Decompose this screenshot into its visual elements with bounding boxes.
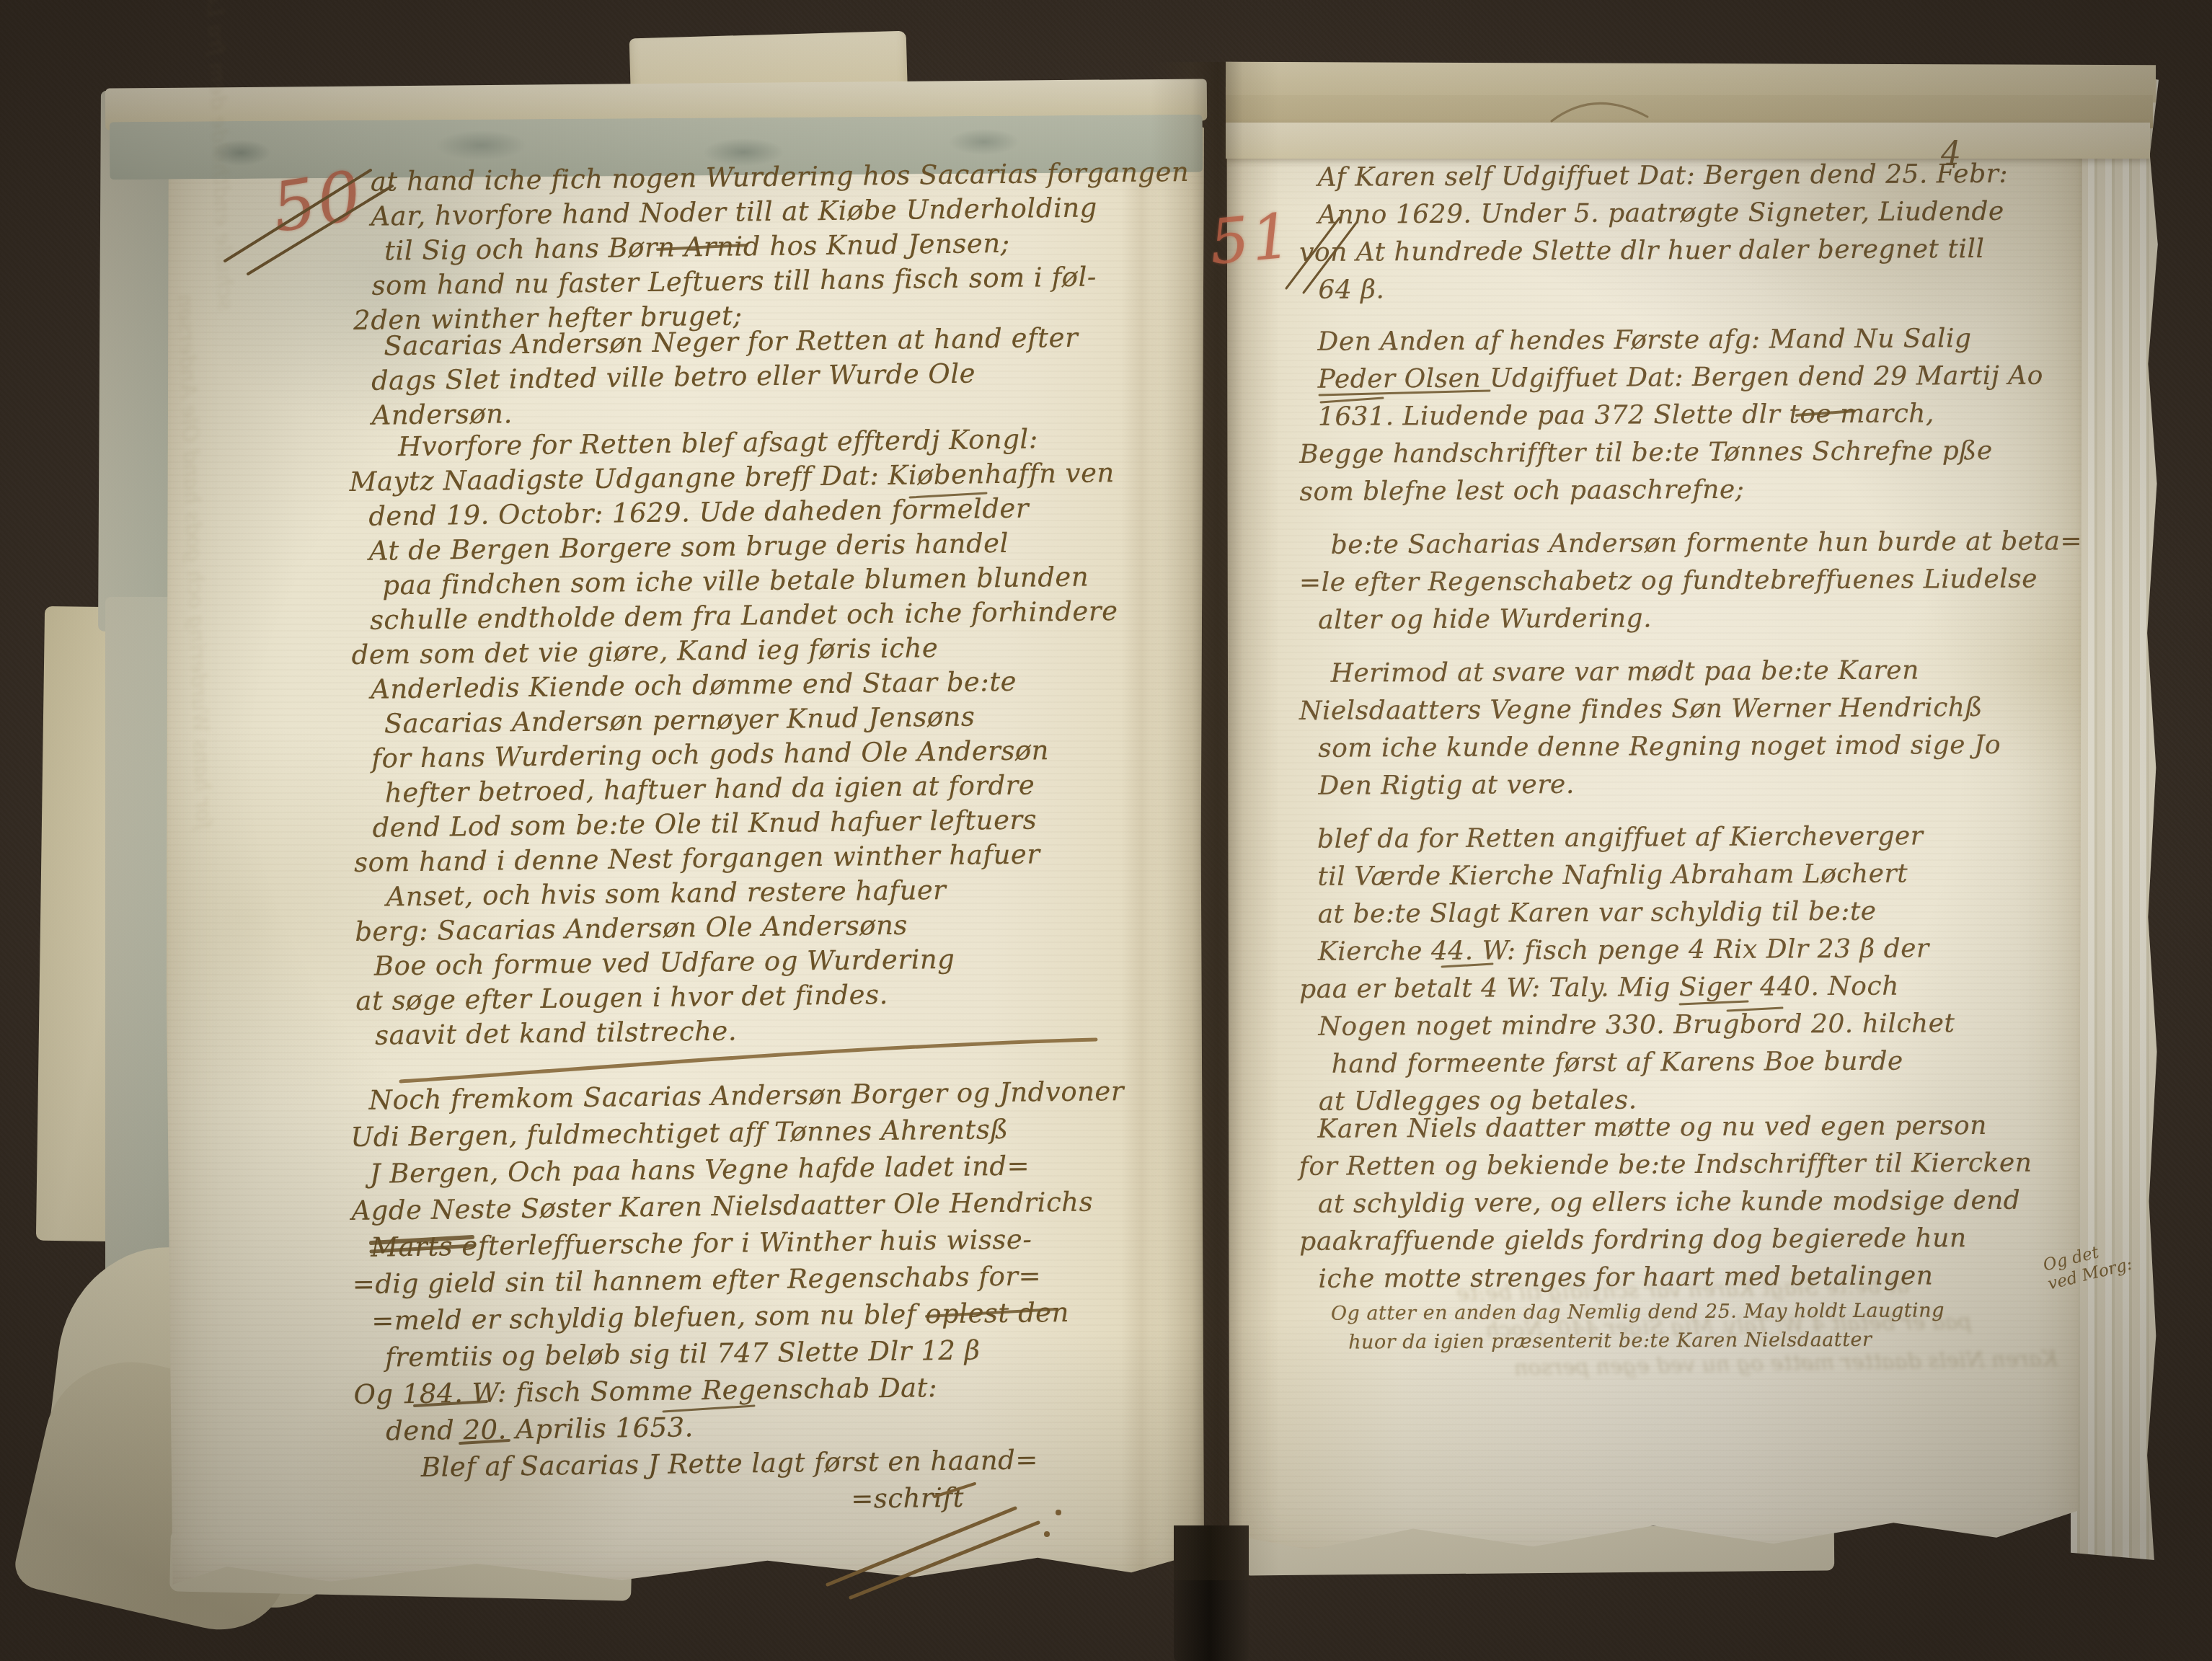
paragraph: Karen Niels daatter møtte og nu ved egen…: [1317, 1107, 2089, 1298]
top-edge-band: [1226, 123, 2150, 159]
manuscript-line: som blefne lest och paaschrefne;: [1299, 469, 2089, 511]
paragraph: be:te Sacharias Andersøn formente hun bu…: [1318, 523, 2090, 639]
manuscript-line: =schrift: [851, 1476, 1167, 1517]
manuscript-line: Karen Niels daatter møtte og nu ved egen…: [1317, 1107, 2089, 1148]
manuscript-line: iche motte strenges for haart med betali…: [1318, 1257, 2089, 1298]
manuscript-line: Peder Olsen Udgiffuet Dat: Bergen dend 2…: [1318, 357, 2089, 399]
manuscript-line: =le efter Regenschabetz og fundtebreffue…: [1299, 560, 2089, 602]
manuscript-line: at be:te Slagt Karen var schyldig til be…: [1317, 892, 2089, 934]
manuscript-line: be:te Sacharias Andersøn formente hun bu…: [1331, 523, 2089, 564]
paragraph: Herimod at svare var mødt paa be:te Kare…: [1317, 651, 2089, 805]
manuscript-line: Den Anden af hendes Første afg: Mand Nu …: [1317, 319, 2089, 361]
manuscript-line: paakraffuende gields fordring dog begier…: [1299, 1219, 2089, 1261]
corner-page-number: 4: [1941, 136, 1961, 172]
binding-spine: [1174, 1525, 1249, 1661]
paragraph: at hand iche fich nogen Wurdering hos Sa…: [371, 155, 1166, 337]
paragraph: Hvorfore for Retten blef afsagt effterdj…: [368, 420, 1168, 1053]
manuscript-line: hand formeente først af Karens Boe burde: [1332, 1042, 2090, 1084]
paragraph: blef da for Retten angiffuet af Kierchev…: [1317, 817, 2090, 1121]
manuscript-line: huor da igien præsenterit be:te Karen Ni…: [1348, 1324, 2089, 1357]
paragraph: Den Anden af hendes Første afg: Mand Nu …: [1317, 319, 2089, 511]
manuscript-line: paa er betalt 4 W: Taly. Mig Siger 440. …: [1299, 967, 2089, 1009]
manuscript-line: 1631. Liudende paa 372 Slette dlr toe ma…: [1318, 394, 2089, 436]
folio-number-left: 50: [267, 156, 368, 248]
manuscript-line: for Retten og bekiende be:te Indschrifft…: [1299, 1144, 2089, 1186]
manuscript-line: alter og hide Wurdering.: [1318, 598, 2089, 639]
manuscript-line: von At hundrede Slette dlr huer daler be…: [1299, 230, 2089, 272]
manuscript-photo: 50 51 4 at hand iche fich nogen Wurderin…: [0, 0, 2212, 1661]
manuscript-line: Nielsdaatters Vegne findes Søn Werner He…: [1299, 688, 2089, 730]
manuscript-line: Begge handschriffter til be:te Tønnes Sc…: [1299, 432, 2089, 474]
manuscript-line: at schyldig vere, og ellers iche kunde m…: [1318, 1182, 2089, 1223]
interlinear-addition: Og atter en anden dag Nemlig dend 25. Ma…: [1318, 1295, 2089, 1357]
manuscript-line: Den Rigtig at vere.: [1318, 763, 2089, 805]
folio-number-right: 51: [1207, 200, 1296, 279]
manuscript-line: blef da for Retten angiffuet af Kierchev…: [1317, 817, 2089, 859]
paragraph: Sacarias Andersøn Neger for Retten at ha…: [371, 319, 1165, 433]
manuscript-line: Og atter en anden dag Nemlig dend 25. Ma…: [1331, 1295, 2089, 1329]
manuscript-line: Anno 1629. Under 5. paatrøgte Signeter, …: [1318, 192, 2089, 234]
paragraph: Af Karen self Udgiffuet Dat: Bergen dend…: [1317, 155, 2089, 309]
manuscript-line: 64 β.: [1318, 267, 2089, 309]
manuscript-line: Nogen noget mindre 330. Brugbord 20. hil…: [1318, 1004, 2089, 1046]
manuscript-line: Kierche 44. W: fisch penge 4 Rix Dlr 23 …: [1318, 929, 2089, 971]
manuscript-line: til Værde Kierche Nafnlig Abraham Løcher…: [1317, 854, 2089, 896]
manuscript-line: Herimod at svare var mødt paa be:te Kare…: [1330, 651, 2089, 693]
manuscript-line: som iche kunde denne Regning noget imod …: [1318, 726, 2089, 768]
paragraph: Noch fremkom Sacarias Andersøn Borger og…: [368, 1072, 1167, 1523]
manuscript-line: Af Karen self Udgiffuet Dat: Bergen dend…: [1317, 155, 2089, 197]
